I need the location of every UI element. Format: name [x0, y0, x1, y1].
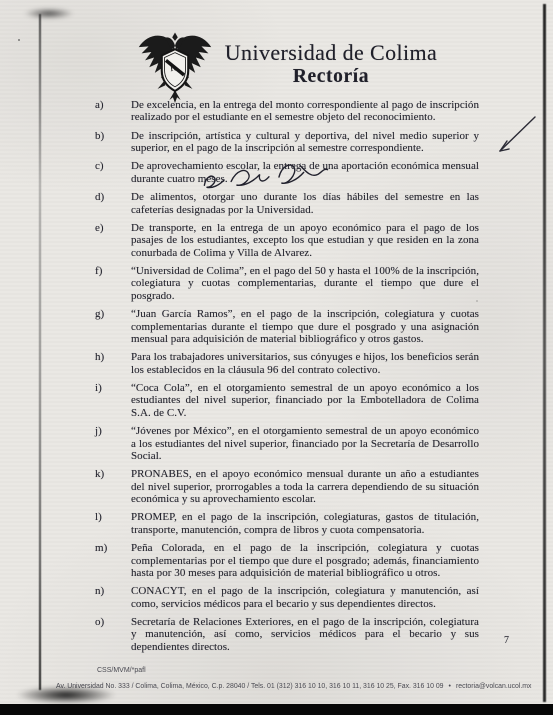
item-letter: j) [95, 425, 131, 462]
item-text: “Coca Cola”, en el otorgamiento semestra… [131, 382, 479, 419]
list-item: o)Secretaría de Relaciones Exteriores, e… [95, 616, 479, 653]
item-letter: b) [95, 130, 131, 155]
item-letter: l) [95, 511, 131, 536]
document-reference-initials: CSS/MVM/*pafl [97, 667, 146, 674]
scan-crease-line [39, 14, 41, 690]
item-text: CONACYT, en el pago de la inscripción, c… [131, 585, 479, 610]
scanned-document-page: R Universidad de Colima Rectoría a)De ex… [0, 0, 553, 715]
item-letter: d) [95, 191, 131, 216]
list-item: i)“Coca Cola”, en el otorgamiento semest… [95, 382, 479, 419]
list-item: a)De excelencia, en la entrega del monto… [95, 99, 479, 124]
pen-check-mark [492, 111, 544, 163]
item-text: De excelencia, en la entrega del monto c… [131, 99, 479, 124]
item-letter: i) [95, 382, 131, 419]
item-text: PRONABES, en el apoyo económico mensual … [131, 468, 479, 505]
item-letter: k) [95, 468, 131, 505]
university-name: Universidad de Colima [221, 40, 441, 66]
list-item: f)“Universidad de Colima”, en el pago de… [95, 265, 479, 302]
item-letter: c) [95, 160, 131, 185]
university-crest-logo: R [132, 29, 218, 107]
letterhead: Universidad de Colima Rectoría [221, 40, 441, 88]
item-letter: e) [95, 222, 131, 259]
office-title: Rectoría [221, 66, 441, 88]
item-text: “Juan García Ramos”, en el pago de la in… [131, 308, 479, 345]
list-item: g)“Juan García Ramos”, en el pago de la … [95, 308, 479, 345]
item-text: PROMEP, en el pago de la inscripción, co… [131, 511, 479, 536]
item-letter: f) [95, 265, 131, 302]
bullet-separator: • [449, 683, 451, 690]
item-text: Secretaría de Relaciones Exteriores, en … [131, 616, 479, 653]
scan-speck [476, 300, 478, 302]
list-item: b)De inscripción, artística y cultural y… [95, 130, 479, 155]
item-text: De transporte, en la entrega de un apoyo… [131, 222, 479, 259]
footer-address-line: Av. Universidad No. 333 / Colima, Colima… [56, 683, 536, 690]
footer-email: rectoria@volcan.ucol.mx [456, 683, 532, 690]
item-letter: m) [95, 542, 131, 579]
scan-speck [18, 39, 20, 41]
scan-smudge-top [24, 8, 74, 19]
scan-page-edge [543, 4, 546, 702]
list-item: l)PROMEP, en el pago de la inscripción, … [95, 511, 479, 536]
footer-address: Av. Universidad No. 333 / Colima, Colima… [56, 683, 444, 690]
list-item: e)De transporte, en la entrega de un apo… [95, 222, 479, 259]
list-item: n)CONACYT, en el pago de la inscripción,… [95, 585, 479, 610]
list-item: m)Peña Colorada, en el pago de la inscri… [95, 542, 479, 579]
item-text: “Universidad de Colima”, en el pago del … [131, 265, 479, 302]
list-item: k)PRONABES, en el apoyo económico mensua… [95, 468, 479, 505]
list-item: h)Para los trabajadores universitarios, … [95, 351, 479, 376]
item-letter: a) [95, 99, 131, 124]
item-letter: g) [95, 308, 131, 345]
scan-black-border [0, 704, 553, 715]
item-text: “Jóvenes por México”, en el otorgamiento… [131, 425, 479, 462]
scan-smudge-bottom [16, 686, 116, 704]
item-text: De inscripción, artística y cultural y d… [131, 130, 479, 155]
list-item: d)De alimentos, otorgar uno durante los … [95, 191, 479, 216]
page-number: 7 [504, 635, 509, 646]
item-letter: o) [95, 616, 131, 653]
item-text: Para los trabajadores universitarios, su… [131, 351, 479, 376]
item-letter: h) [95, 351, 131, 376]
item-letter: n) [95, 585, 131, 610]
item-text: Peña Colorada, en el pago de la inscripc… [131, 542, 479, 579]
item-text: De alimentos, otorgar uno durante los dí… [131, 191, 479, 216]
list-item: j)“Jóvenes por México”, en el otorgamien… [95, 425, 479, 462]
